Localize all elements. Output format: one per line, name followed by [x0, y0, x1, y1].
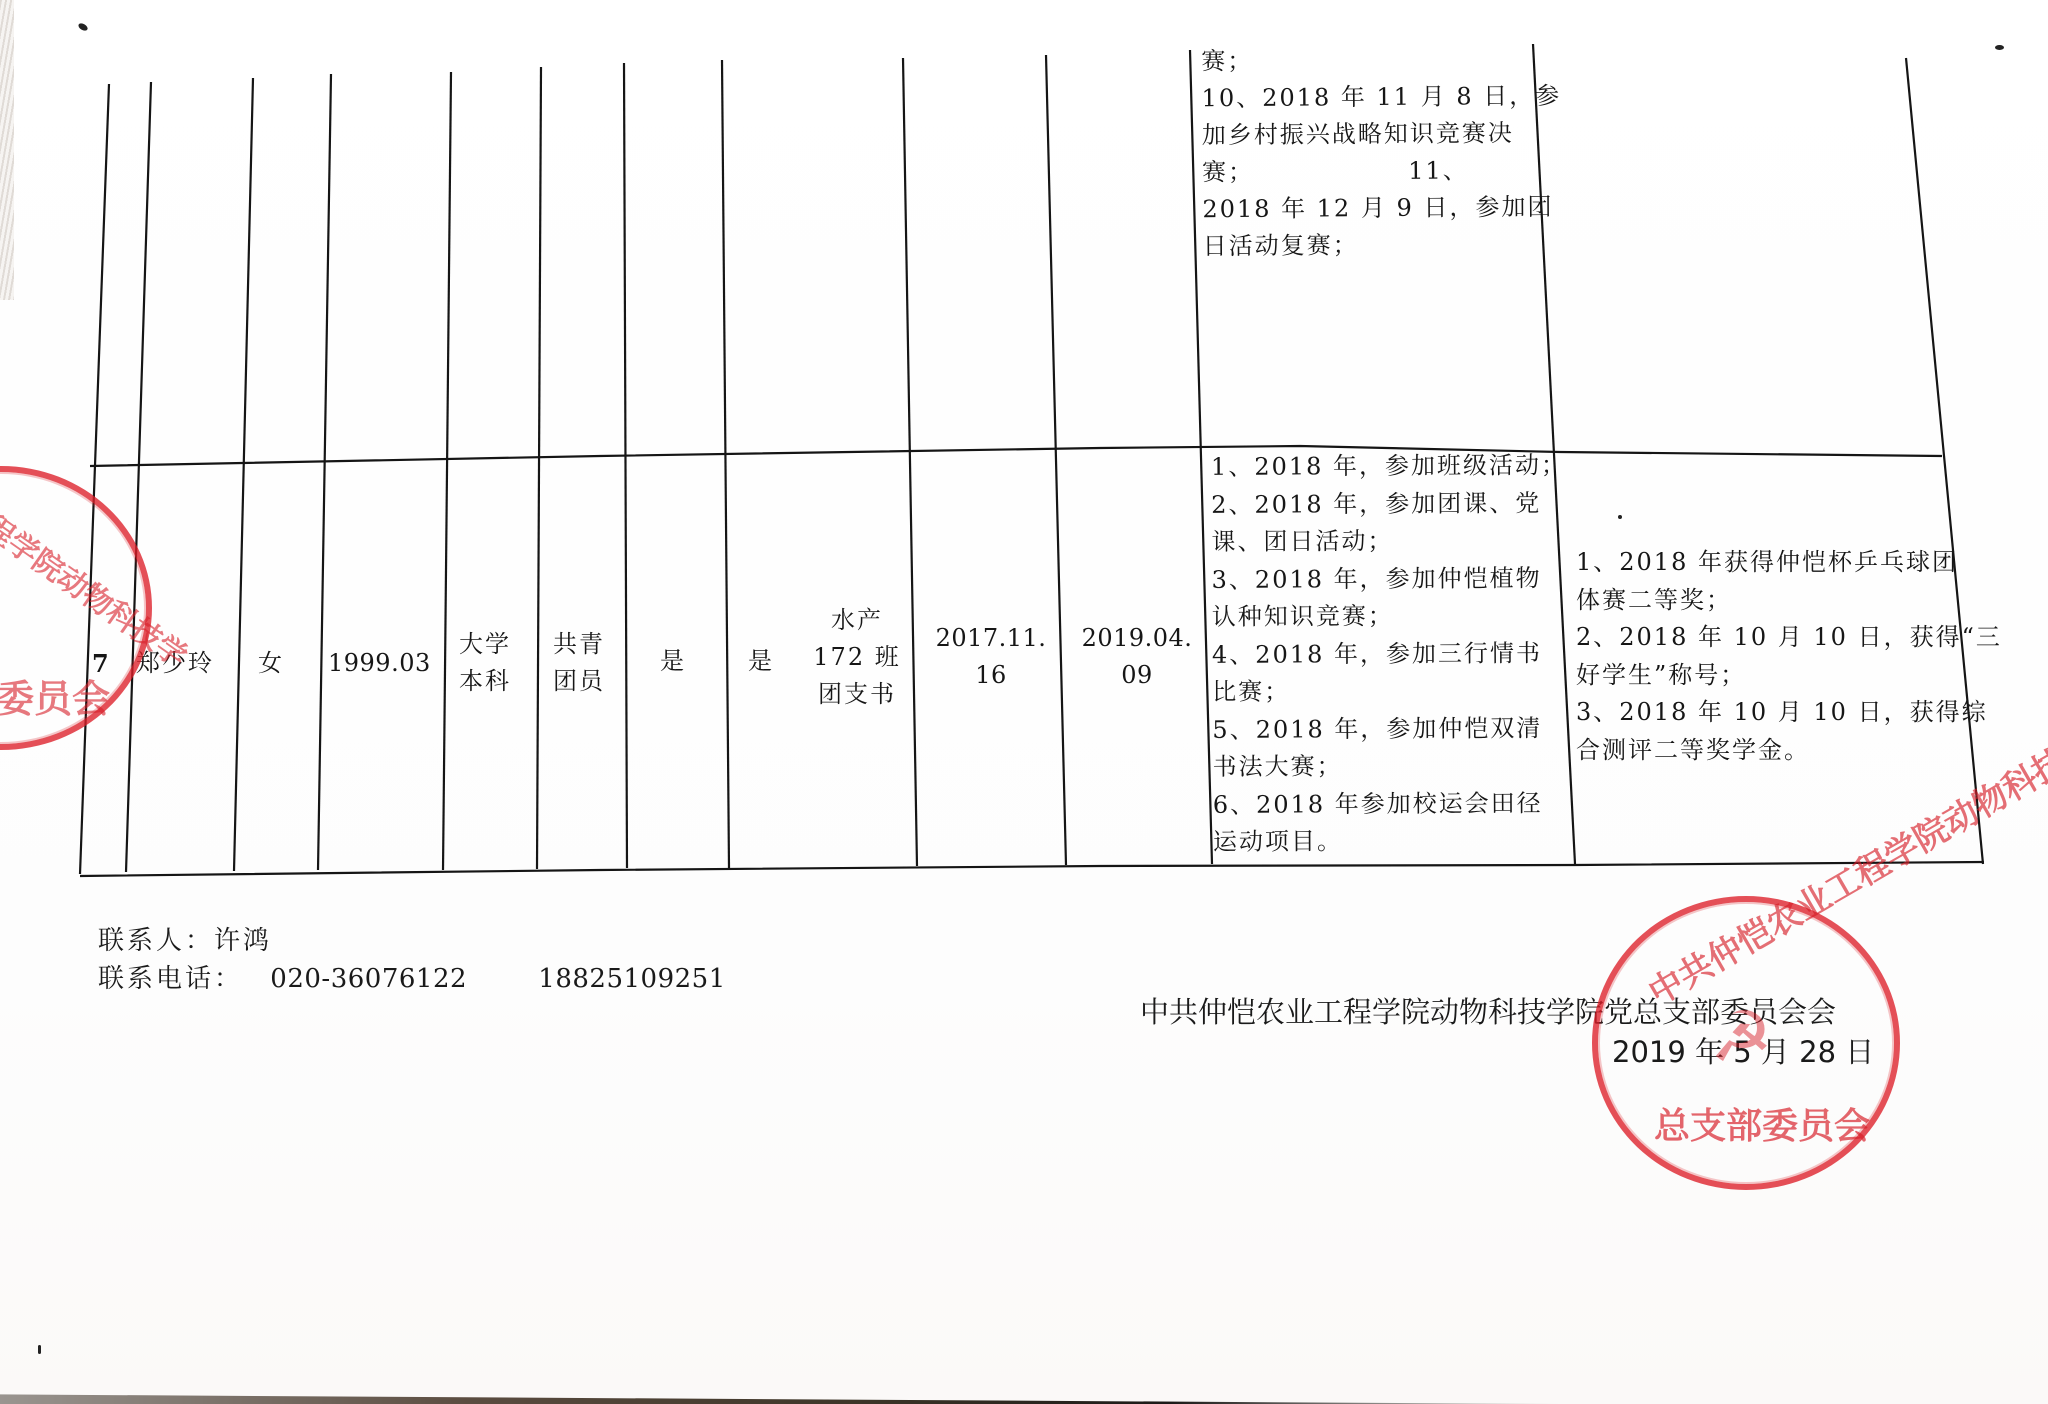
date-line: 09: [1072, 657, 1202, 694]
education-line: 大学: [459, 626, 511, 663]
activity-line: 书法大赛；: [1212, 747, 1568, 786]
activity-line: 课、团日活动；: [1211, 522, 1567, 561]
awards-cell: 1、2018 年获得仲恺杯乒乓球团 体赛二等奖； 2、2018 年 10 月 1…: [1576, 544, 2002, 769]
seal-bottom-text: 委员会: [0, 668, 110, 723]
member-education: 大学 本科: [459, 626, 511, 700]
activity-line: 日活动复赛；: [1203, 226, 1563, 266]
activity-line: 2、2018 年，参加团课、党: [1211, 485, 1567, 524]
date-1: 2017.11. 16: [928, 620, 1054, 694]
contact-phone-2: 18825109251: [538, 964, 725, 994]
position-line: 172 班: [812, 639, 902, 676]
member-political-status: 共青 团员: [553, 626, 605, 700]
col-yes-2: 是: [748, 643, 774, 680]
award-line: 2、2018 年 10 月 10 日，获得“三: [1576, 619, 2002, 657]
member-birth: 1999.03: [328, 645, 431, 682]
col-yes-1: 是: [660, 643, 686, 680]
date-line: 2019.04.: [1072, 620, 1202, 657]
activity-line: 4、2018 年，参加三行情书: [1212, 635, 1568, 674]
activity-line: 认种知识竞赛；: [1212, 597, 1568, 636]
date-2: 2019.04. 09: [1072, 620, 1202, 694]
date-line: 16: [928, 657, 1054, 694]
activity-line: 赛；: [1201, 41, 1561, 81]
activity-line: 比赛；: [1212, 672, 1568, 711]
contact-person-name: 许鸿: [214, 926, 272, 956]
award-line: 3、2018 年 10 月 10 日，获得综: [1576, 694, 2002, 732]
position-line: 水产: [812, 602, 902, 639]
official-seal-right: 中共仲恺农业工程学院动物科技学院 ☭ 总支部委员会: [1592, 896, 1900, 1190]
award-line: 体赛二等奖；: [1576, 582, 2002, 620]
activity-line: 1、2018 年，参加班级活动；: [1211, 447, 1567, 486]
award-line: 好学生”称号；: [1576, 657, 2002, 695]
activity-line: 运动项目。: [1213, 822, 1569, 861]
contact-phone: 联系电话： 020-36076122 18825109251: [98, 958, 726, 995]
status-line: 共青: [553, 626, 605, 663]
member-position: 水产 172 班 团支书: [812, 602, 902, 713]
date-line: 2017.11.: [928, 620, 1054, 657]
position-line: 团支书: [812, 676, 902, 713]
activities-cell: 1、2018 年，参加班级活动； 2、2018 年，参加团课、党 课、团日活动；…: [1211, 447, 1569, 861]
contact-person: 联系人：许鸿: [98, 920, 272, 957]
award-line: 1、2018 年获得仲恺杯乒乓球团: [1576, 544, 2002, 582]
seal-bottom-text: 总支部委员会: [1654, 1098, 1870, 1149]
activity-line: 2018 年 12 月 9 日，参加团: [1202, 189, 1562, 229]
member-gender: 女: [258, 645, 284, 682]
scanned-document-page: 赛； 10、2018 年 11 月 8 日，参 加乡村振兴战略知识竞赛决 赛； …: [0, 0, 2048, 1404]
party-emblem-icon: ☭: [1710, 996, 1773, 1078]
activity-line: 10、2018 年 11 月 8 日，参: [1201, 78, 1561, 118]
activity-line: 3、2018 年，参加仲恺植物: [1212, 560, 1568, 599]
activity-line: 赛； 11、: [1202, 152, 1562, 192]
activity-line: 5、2018 年，参加仲恺双清: [1212, 710, 1568, 749]
activity-line: 6、2018 年参加校运会田径: [1213, 785, 1569, 824]
award-line: 合测评二等奖学金。: [1576, 732, 2002, 770]
status-line: 团员: [553, 663, 605, 700]
education-line: 本科: [459, 663, 511, 700]
contact-phone-1: 020-36076122: [270, 964, 467, 994]
contact-phone-label: 联系电话：: [98, 964, 243, 994]
activity-line: 加乡村振兴战略知识竞赛决: [1202, 115, 1562, 155]
activities-cell-partial: 赛； 10、2018 年 11 月 8 日，参 加乡村振兴战略知识竞赛决 赛； …: [1201, 41, 1562, 266]
contact-person-label: 联系人：: [98, 926, 214, 956]
